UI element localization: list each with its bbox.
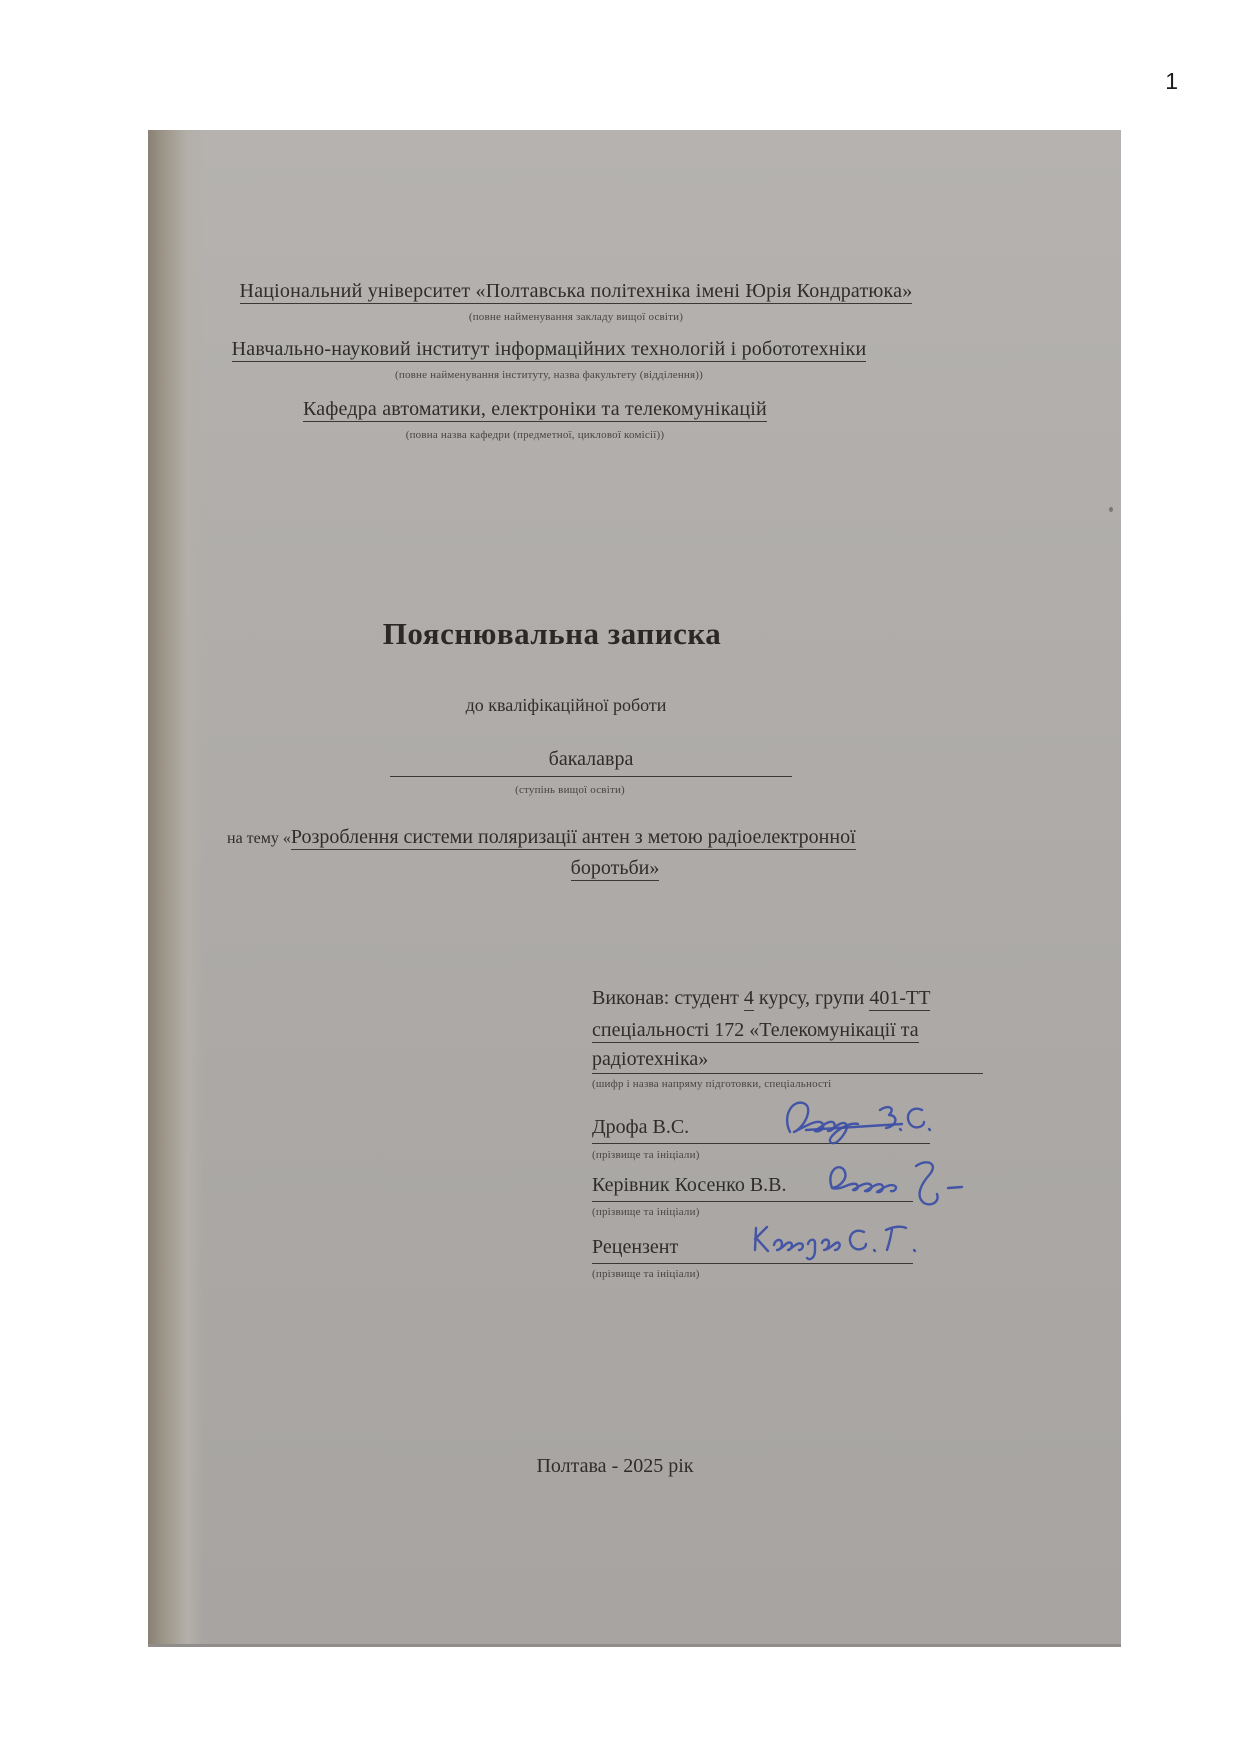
institute-name-line: Навчально-науковий інститут інформаційни… (148, 338, 950, 361)
course-number: 4 (744, 987, 754, 1011)
topic-text-1: Розроблення системи поляризації антен з … (291, 826, 856, 850)
university-name: Національний університет «Полтавська пол… (240, 280, 913, 304)
department-caption: (повна назва кафедри (предметної, циклов… (148, 429, 922, 441)
speciality-line-2: радіотехніка» (592, 1048, 983, 1074)
group-code: 401-ТТ (869, 987, 930, 1011)
scan-artifact-speck (1109, 507, 1113, 512)
institute-name: Навчально-науковий інститут інформаційни… (232, 338, 867, 362)
document-title: Пояснювальна записка (148, 616, 956, 652)
university-caption: (повне найменування закладу вищої освіти… (148, 311, 1004, 323)
supervisor-label: Керівник Косенко В.В. (592, 1174, 787, 1196)
degree-caption: (ступінь вищої освіти) (390, 784, 750, 796)
screenshot-root: { "page_number": "1", "colors": { "paper… (0, 0, 1240, 1754)
topic-text-2: боротьби» (571, 857, 660, 881)
page-number: 1 (1165, 68, 1178, 95)
scanned-document-page: Національний університет «Полтавська пол… (148, 130, 1121, 1647)
performed-mid: курсу, групи (754, 987, 869, 1009)
topic-line-2: боротьби» (148, 857, 1082, 880)
speciality-text-1: спеціальності 172 «Телекомунікації та (592, 1019, 919, 1043)
topic-prefix: на тему « (227, 830, 291, 847)
university-name-line: Національний університет «Полтавська пол… (148, 280, 1004, 303)
topic-line-1: на тему «Розроблення системи поляризації… (227, 826, 1027, 849)
speciality-text-2: радіотехніка» (592, 1048, 708, 1070)
performed-by-line: Виконав: студент 4 курсу, групи 401-ТТ (592, 987, 1022, 1010)
department-name: Кафедра автоматики, електроніки та телек… (303, 398, 767, 422)
degree-level: бакалавра (549, 748, 634, 770)
reviewer-caption: (прізвище та ініціали) (592, 1268, 892, 1280)
reviewer-signature (746, 1214, 941, 1264)
speciality-caption: (шифр і назва напряму підготовки, спеціа… (592, 1078, 992, 1090)
student-signature (776, 1092, 946, 1148)
degree-rule: бакалавра (390, 748, 792, 777)
reviewer-label: Рецензент (592, 1236, 678, 1258)
document-subtitle: до кваліфікаційної роботи (148, 695, 984, 716)
supervisor-signature (820, 1154, 970, 1212)
speciality-line-1: спеціальності 172 «Телекомунікації та (592, 1019, 1022, 1042)
student-name: Дрофа В.С. (592, 1116, 689, 1138)
performed-prefix: Виконав: студент (592, 987, 744, 1009)
city-year-line: Полтава - 2025 рік (148, 1455, 1082, 1478)
department-name-line: Кафедра автоматики, електроніки та телек… (148, 398, 922, 421)
institute-caption: (повне найменування інституту, назва фак… (148, 369, 950, 381)
